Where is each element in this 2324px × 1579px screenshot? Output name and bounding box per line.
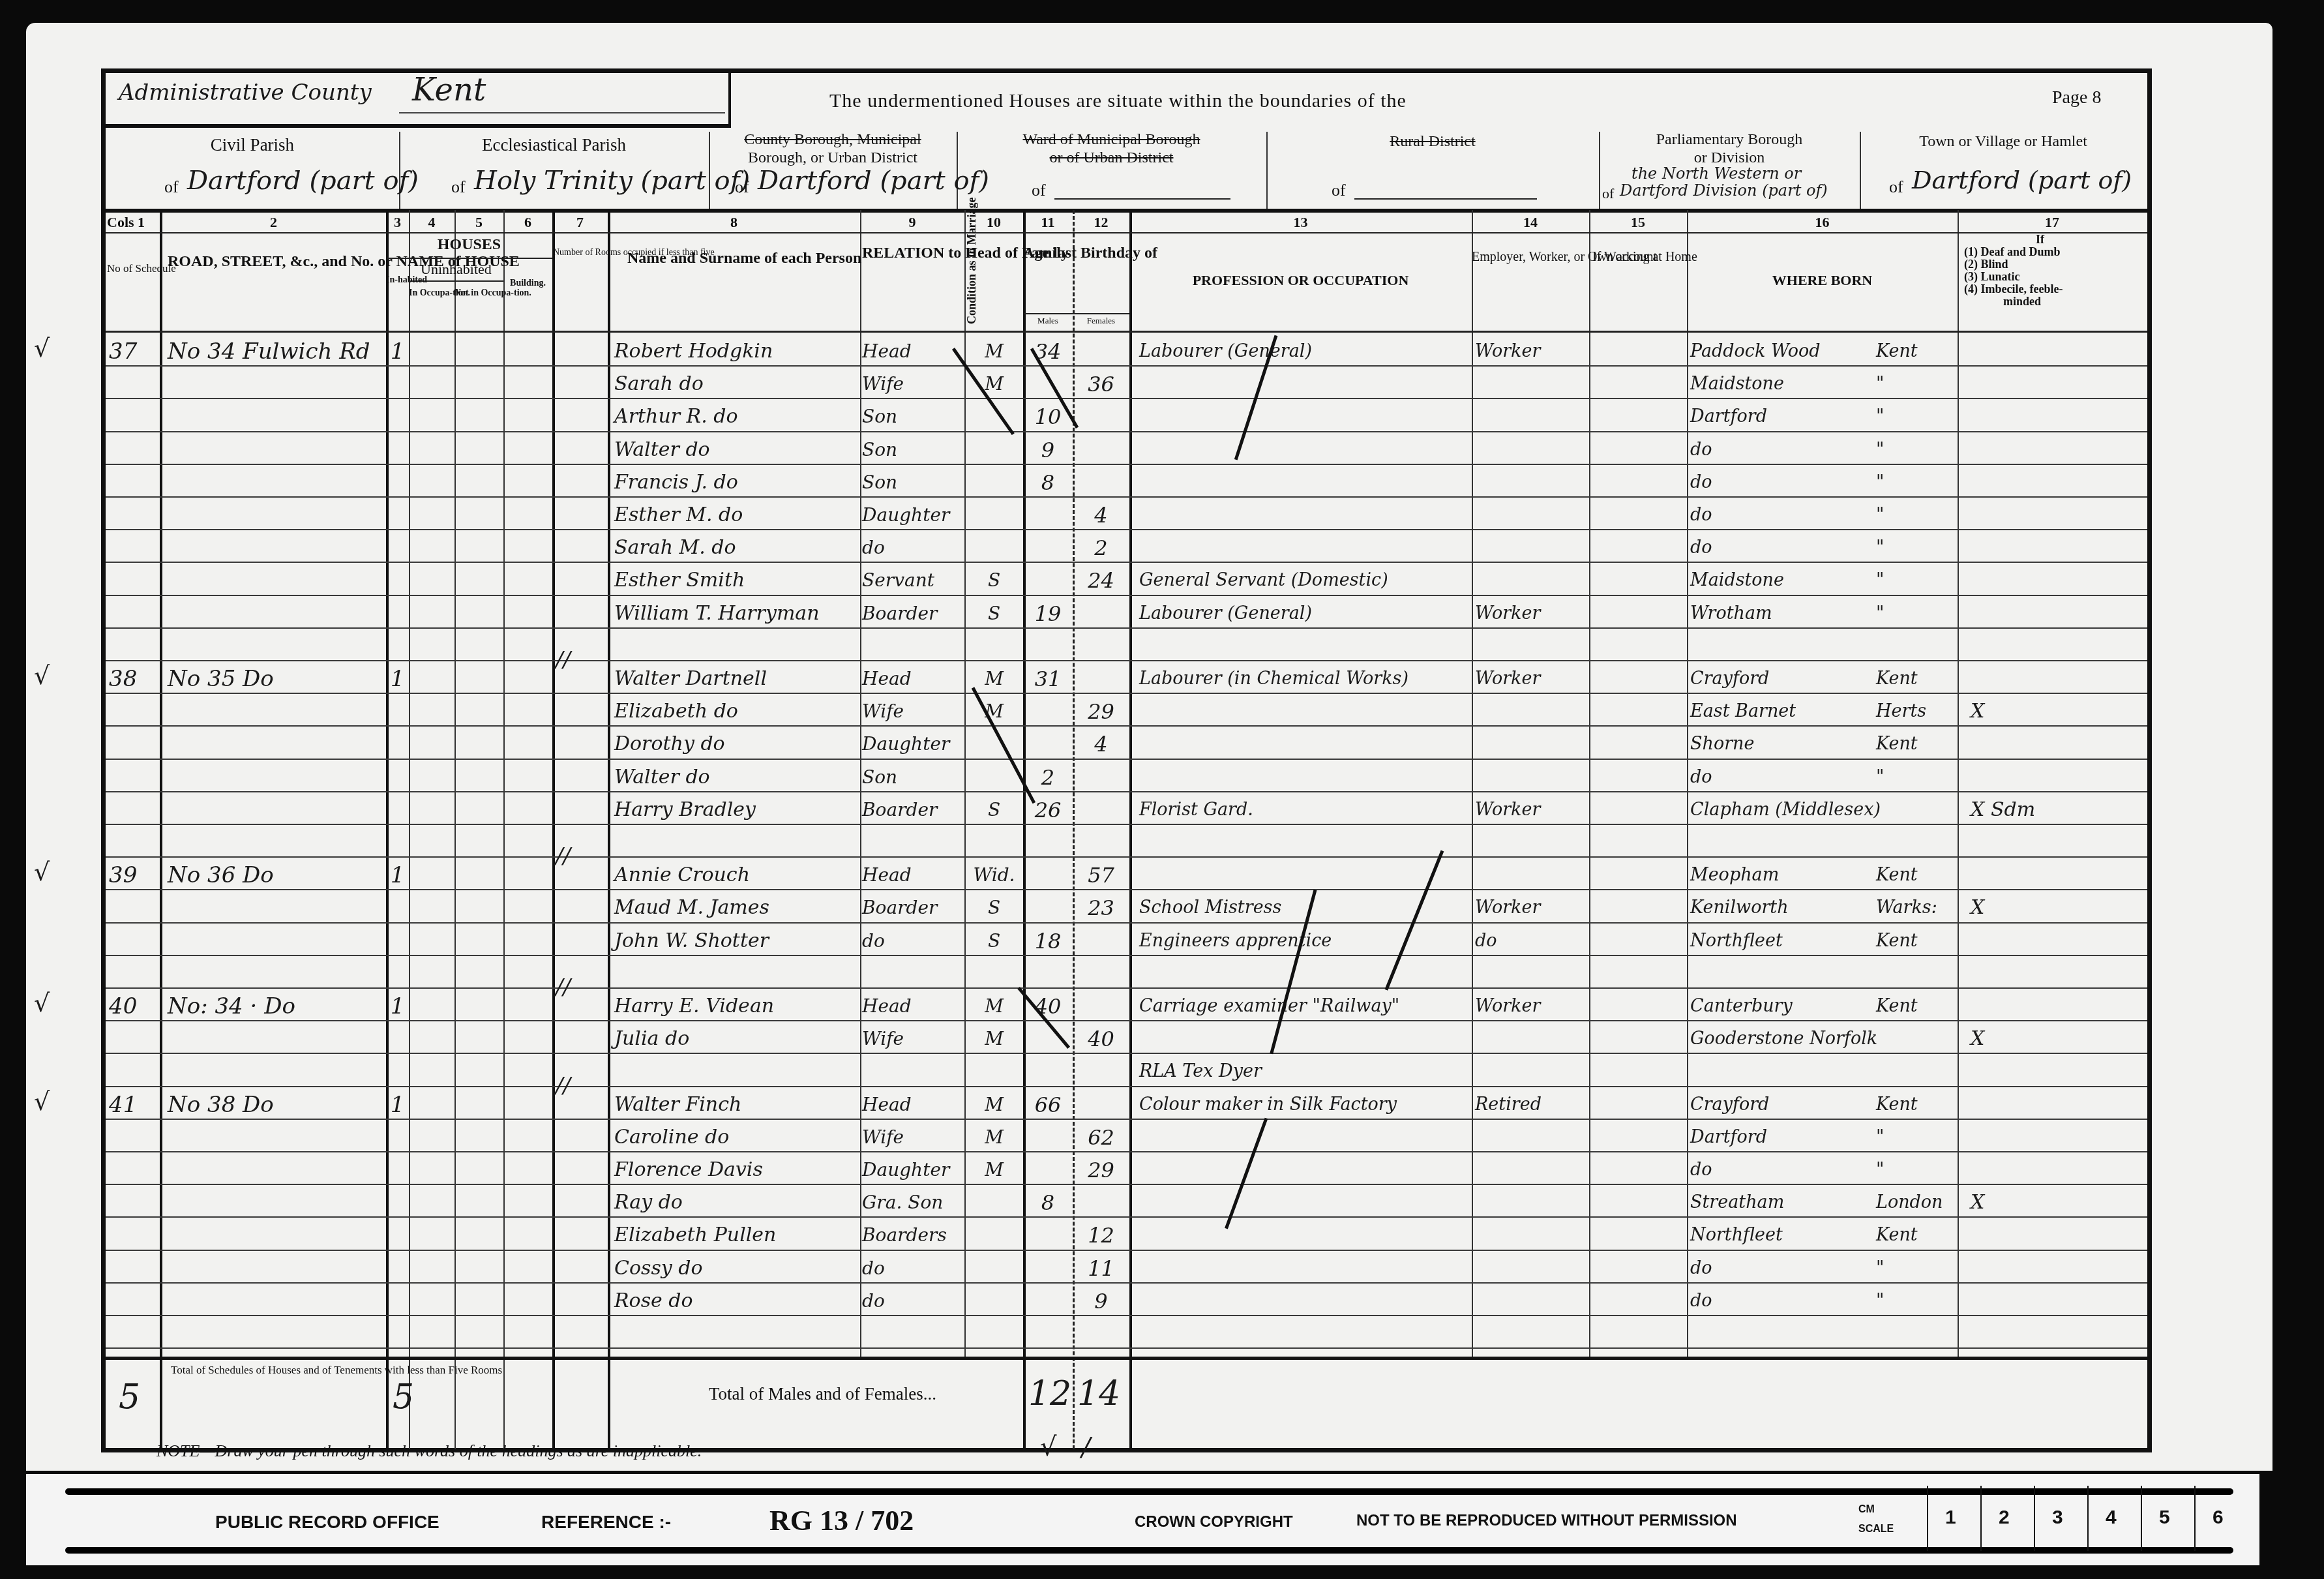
cell-occupation [1139,1023,1468,1055]
cell-condition [966,1252,1022,1285]
cell-male-age [1023,630,1073,663]
cell-address [168,695,383,728]
check-mark: √ [34,989,50,1017]
cell-name: Maud M. James [614,892,859,924]
cell-employment [1475,434,1589,466]
cell-address [168,630,383,663]
cell-relation: do [862,1285,963,1317]
cell-occupation [1139,499,1468,532]
cell-relation: do [862,1252,963,1285]
cell-born-place: Wrotham [1690,597,1873,630]
header-houses: HOUSES [386,236,552,254]
cell-relation: Daughter [862,1154,963,1186]
cell-inhabited [386,532,409,564]
cell-condition: M [966,1121,1022,1154]
cell-name: Rose do [614,1285,859,1317]
cell-female-age [1073,1317,1129,1350]
cell-infirmity: X Sdm [1971,794,2140,826]
cell-born-place: do [1690,434,1873,466]
cell-name: Cossy do [614,1252,859,1285]
row-rule [106,1347,2147,1349]
header-name: Name and Surname of each Person [627,249,842,267]
cell-occupation: Carriage examiner "Railway" [1139,990,1468,1023]
cell-employment [1475,564,1589,597]
cell-born-place: Crayford [1690,663,1873,695]
cell-condition: M [966,368,1022,400]
cell-address [168,400,383,433]
cell-name: Robert Hodgkin [614,335,859,368]
cell-relation: Wife [862,368,963,400]
cell-address [168,1121,383,1154]
scale-tick [2034,1486,2035,1551]
cell-male-age [1023,564,1073,597]
cell-schedule [109,564,158,597]
cell-employment [1475,695,1589,728]
cell-born-county [1876,1317,1954,1350]
table-row [106,956,2147,989]
cell-infirmity [1971,1317,2140,1350]
cell-male-age [1023,1023,1073,1055]
cell-schedule [109,728,158,760]
cell-name: Elizabeth Pullen [614,1219,859,1252]
ward-label: Ward of Municipal Borough or of Urban Di… [957,130,1266,167]
cell-employment: Worker [1475,335,1589,368]
cell-born-county: " [1876,400,1954,433]
cell-female-age: 2 [1073,532,1129,564]
table-row: 40No: 34 · Do1Harry E. VideanHeadM40Carr… [106,989,2147,1021]
scale-tick [2194,1486,2196,1551]
cell-infirmity [1971,597,2140,630]
cell-name [614,1055,859,1088]
cell-employment [1475,761,1589,794]
cell-name [614,957,859,990]
cell-inhabited [386,761,409,794]
cell-born-place: do [1690,532,1873,564]
cell-name: Sarah do [614,368,859,400]
table-row: Caroline doWifeM62Dartford" [106,1120,2147,1152]
cell-inhabited: 1 [386,859,409,892]
cell-address [168,1219,383,1252]
col-number: 8 [608,214,860,231]
cell-occupation [1139,368,1468,400]
cell-born-place: Streatham [1690,1186,1873,1219]
ward-blank-line [1054,198,1230,200]
cell-occupation: Labourer (General) [1139,597,1468,630]
cell-address [168,466,383,499]
cell-female-age [1073,1186,1129,1219]
header-in-occupation: In Occupa-tion. [409,288,454,299]
cell-relation: Wife [862,1023,963,1055]
cell-born-place: do [1690,761,1873,794]
cell-born-place: Maidstone [1690,368,1873,400]
cell-male-age [1023,957,1073,990]
cell-born-county [1876,826,1954,859]
cell-address [168,532,383,564]
cell-born-place: Meopham [1690,859,1873,892]
table-row: Elizabeth PullenBoarders12NorthfleetKent [106,1218,2147,1250]
cell-employment: Worker [1475,990,1589,1023]
cell-born-county: " [1876,564,1954,597]
cell-condition [966,630,1022,663]
cell-address [168,892,383,924]
cell-male-age [1023,1121,1073,1154]
cell-male-age [1023,892,1073,924]
cell-name: Harry Bradley [614,794,859,826]
col-number: 16 [1687,214,1958,231]
cell-schedule [109,695,158,728]
cell-inhabited [386,1317,409,1350]
cell-address [168,499,383,532]
cell-relation [862,630,963,663]
cell-schedule [109,1219,158,1252]
cell-male-age [1023,728,1073,760]
check-mark: √ [34,1087,50,1116]
ward-label-line1: Ward of Municipal Borough [957,130,1266,149]
of-label: of [164,177,179,197]
cell-relation: Head [862,663,963,695]
cell-male-age [1023,1219,1073,1252]
cell-employment [1475,1186,1589,1219]
cell-address [168,597,383,630]
cell-male-age: 40 [1023,990,1073,1023]
footer-bottom-rule [65,1547,2233,1554]
cell-female-age [1073,630,1129,663]
header-bottom-rule [106,331,2147,333]
civil-parish-value: Dartford (part of) [187,166,419,196]
cell-born-county [1876,1055,1954,1088]
cell-relation: Wife [862,1121,963,1154]
cell-occupation [1139,532,1468,564]
table-row: William T. HarrymanBoarderS19Labourer (G… [106,596,2147,629]
table-row: 38No 35 Do1Walter DartnellHeadM31Laboure… [106,661,2147,694]
cell-male-age: 9 [1023,434,1073,466]
cell-born-county: Kent [1876,663,1954,695]
cell-infirmity: X [1971,892,2140,924]
cell-address: No 34 Fulwich Rd [168,335,383,368]
cell-employment [1475,630,1589,663]
cell-address [168,957,383,990]
cell-name [614,630,859,663]
cell-relation: do [862,532,963,564]
table-row: Sarah M. dodo2do" [106,530,2147,563]
cell-relation: Daughter [862,499,963,532]
cell-inhabited [386,728,409,760]
cell-born-place: do [1690,1252,1873,1285]
cell-name: Caroline do [614,1121,859,1154]
cell-infirmity: X [1971,1023,2140,1055]
cell-employment: do [1475,925,1589,957]
cell-infirmity [1971,761,2140,794]
cell-condition [966,826,1022,859]
cell-address [168,761,383,794]
cell-name: Julia do [614,1023,859,1055]
cell-relation: Son [862,434,963,466]
cell-address [168,1252,383,1285]
divider [1024,313,1129,314]
cell-infirmity [1971,728,2140,760]
cell-relation: Boarder [862,597,963,630]
infirmity-imbecile: (4) Imbecile, feeble- [1964,283,2063,295]
cell-name: Florence Davis [614,1154,859,1186]
total-schedules: 5 [119,1377,140,1417]
cell-infirmity [1971,1154,2140,1186]
cell-schedule [109,1186,158,1219]
cell-female-age: 4 [1073,728,1129,760]
cell-employment: Worker [1475,892,1589,924]
cell-infirmity [1971,630,2140,663]
header-age: Age last Birthday of [1023,244,1129,262]
cell-female-age: 24 [1073,564,1129,597]
cell-condition: S [966,794,1022,826]
cell-inhabited [386,1121,409,1154]
header-infirmity: If (1) Deaf and Dumb (2) Blind (3) Lunat… [1964,233,2063,308]
cell-inhabited [386,466,409,499]
cell-male-age [1023,499,1073,532]
footer-copyright: CROWN COPYRIGHT [1135,1513,1293,1531]
cell-condition: M [966,1154,1022,1186]
cell-employment [1475,532,1589,564]
tick-mark: √ / [1040,1432,1090,1462]
cell-name: Sarah M. do [614,532,859,564]
table-row: Maud M. JamesBoarderS23School MistressWo… [106,890,2147,923]
cell-occupation [1139,826,1468,859]
cell-born-county: " [1876,532,1954,564]
cell-born-place: Clapham (Middlesex) [1690,794,1873,826]
scale-number: 1 [1945,1507,1956,1529]
header-working-at-home: If Working at Home [1592,249,1684,265]
table-row [106,825,2147,858]
cell-born-place: Maidstone [1690,564,1873,597]
scale-tick [1927,1486,1928,1551]
cell-employment [1475,400,1589,433]
cell-female-age: 23 [1073,892,1129,924]
cell-infirmity [1971,466,2140,499]
table-row: Ray doGra. Son8StreathamLondonX [106,1185,2147,1218]
cell-born-place [1690,957,1873,990]
cell-schedule: 39 [109,859,158,892]
footer-office: PUBLIC RECORD OFFICE [215,1512,439,1533]
cell-relation: Head [862,859,963,892]
cell-employment: Worker [1475,794,1589,826]
cell-schedule [109,597,158,630]
cell-name: Arthur R. do [614,400,859,433]
cell-female-age: 40 [1073,1023,1129,1055]
cell-address [168,1055,383,1088]
cell-female-age [1073,335,1129,368]
cell-inhabited [386,826,409,859]
cell-employment [1475,368,1589,400]
header-road-street: ROAD, STREET, &c., and No. or NAME of HO… [168,252,383,271]
scale-number: 4 [2106,1507,2117,1529]
cell-schedule [109,826,158,859]
cell-female-age: 36 [1073,368,1129,400]
cell-schedule [109,1023,158,1055]
cell-inhabited: 1 [386,663,409,695]
cell-occupation [1139,434,1468,466]
cell-employment: Retired [1475,1089,1589,1121]
cell-inhabited [386,564,409,597]
cell-born-place: Crayford [1690,1089,1873,1121]
cell-female-age [1073,466,1129,499]
cell-inhabited [386,1023,409,1055]
cell-infirmity [1971,859,2140,892]
table-row: Sarah doWifeM36Maidstone" [106,367,2147,399]
cell-relation: Son [862,761,963,794]
cell-employment: Worker [1475,597,1589,630]
civil-parish-label: Civil Parish [106,135,399,155]
table-row: Cossy dodo11do" [106,1251,2147,1284]
cell-name: Walter Finch [614,1089,859,1121]
cell-born-place: Northfleet [1690,925,1873,957]
cell-schedule [109,499,158,532]
cell-condition [966,957,1022,990]
cell-inhabited: 1 [386,1089,409,1121]
cell-inhabited [386,1252,409,1285]
cell-condition [966,499,1022,532]
cell-male-age: 2 [1023,761,1073,794]
table-row: 41No 38 Do1Walter FinchHeadM66Colour mak… [106,1087,2147,1120]
table-row: Rose dodo9do" [106,1284,2147,1316]
cell-inhabited [386,1285,409,1317]
cell-employment [1475,1317,1589,1350]
cell-born-county: " [1876,466,1954,499]
cell-occupation [1139,466,1468,499]
cell-schedule [109,1121,158,1154]
table-row: Francis J. doSon8do" [106,465,2147,498]
cell-schedule [109,761,158,794]
cell-infirmity [1971,499,2140,532]
table-row: Elizabeth doWifeM29East BarnetHertsX [106,694,2147,727]
cell-occupation [1139,728,1468,760]
cell-name: Walter Dartnell [614,663,859,695]
cell-female-age: 29 [1073,1154,1129,1186]
cell-occupation: Labourer (General) [1139,335,1468,368]
cell-occupation [1139,957,1468,990]
cell-inhabited [386,400,409,433]
col-number-separator [106,232,2147,233]
cell-employment [1475,1219,1589,1252]
scale-tick [2087,1486,2089,1551]
cell-born-place: Gooderstone Norfolk [1690,1023,1873,1055]
cell-born-place: Northfleet [1690,1219,1873,1252]
cell-schedule [109,630,158,663]
cell-female-age [1073,794,1129,826]
cell-occupation [1139,400,1468,433]
cell-infirmity [1971,1089,2140,1121]
table-row: 37No 34 Fulwich Rd1Robert HodgkinHeadM34… [106,334,2147,367]
cell-employment [1475,1252,1589,1285]
table-row: Esther M. doDaughter4do" [106,498,2147,530]
admin-county-label: Administrative County [119,80,372,106]
cell-born-place: East Barnet [1690,695,1873,728]
cell-born-county: Kent [1876,335,1954,368]
col-number: 13 [1129,214,1472,231]
cell-condition: M [966,1089,1022,1121]
cell-employment [1475,826,1589,859]
cell-female-age: 12 [1073,1219,1129,1252]
of-label: of [451,177,466,197]
cell-schedule [109,434,158,466]
ward-label-line2: or of Urban District [957,149,1266,167]
cell-female-age: 29 [1073,695,1129,728]
header-condition: Condition as to Marriage [965,239,1022,324]
table-row: Arthur R. doSon10Dartford" [106,399,2147,432]
parliamentary-label: Parliamentary Borough or Division [1599,130,1860,167]
cell-infirmity [1971,990,2140,1023]
cell-infirmity [1971,826,2140,859]
cell-schedule [109,1154,158,1186]
cell-address: No 36 Do [168,859,383,892]
cell-occupation [1139,1317,1468,1350]
cell-infirmity [1971,957,2140,990]
cell-inhabited [386,1154,409,1186]
cell-born-county: London [1876,1186,1954,1219]
cell-condition: M [966,990,1022,1023]
page-number: Page 8 [2052,87,2101,108]
cell-female-age [1073,990,1129,1023]
cell-occupation [1139,1186,1468,1219]
cell-male-age [1023,1285,1073,1317]
cell-address [168,1154,383,1186]
cell-inhabited [386,794,409,826]
col-number: 3 [386,214,409,231]
cell-relation: do [862,925,963,957]
cell-schedule [109,1252,158,1285]
county-underline [399,112,725,113]
cell-condition [966,434,1022,466]
infirmity-if: If [1964,233,2063,246]
cell-inhabited: 1 [386,335,409,368]
cell-employment [1475,1154,1589,1186]
cell-condition [966,1186,1022,1219]
household-separator-mark: // [556,1073,571,1099]
cell-schedule [109,1317,158,1350]
cell-condition [966,1055,1022,1088]
cell-relation: Daughter [862,728,963,760]
scale-tick [2141,1486,2142,1551]
cell-male-age: 31 [1023,663,1073,695]
cell-name: Walter do [614,434,859,466]
cell-schedule [109,794,158,826]
cell-address [168,925,383,957]
cell-born-place: Dartford [1690,400,1873,433]
cell-relation [862,957,963,990]
footer-permission: NOT TO BE REPRODUCED WITHOUT PERMISSION [1356,1512,1737,1530]
cell-employment [1475,466,1589,499]
cell-inhabited [386,957,409,990]
cell-condition: S [966,892,1022,924]
cell-female-age [1073,1055,1129,1088]
cell-name: Esther M. do [614,499,859,532]
cell-born-place [1690,630,1873,663]
cell-address: No: 34 · Do [168,990,383,1023]
cell-inhabited [386,597,409,630]
cell-employment [1475,859,1589,892]
total-persons-label: Total of Males and of Females... [709,1384,936,1404]
footer-top-rule [65,1488,2233,1495]
cell-employment [1475,1055,1589,1088]
cell-male-age: 34 [1023,335,1073,368]
cell-occupation [1139,761,1468,794]
cell-inhabited: 1 [386,990,409,1023]
cell-infirmity [1971,663,2140,695]
cell-name [614,1317,859,1350]
scale-number: 3 [2052,1507,2063,1529]
cell-female-age [1073,434,1129,466]
cell-born-county: " [1876,1154,1954,1186]
of-label: of [1602,185,1614,202]
cell-schedule [109,892,158,924]
